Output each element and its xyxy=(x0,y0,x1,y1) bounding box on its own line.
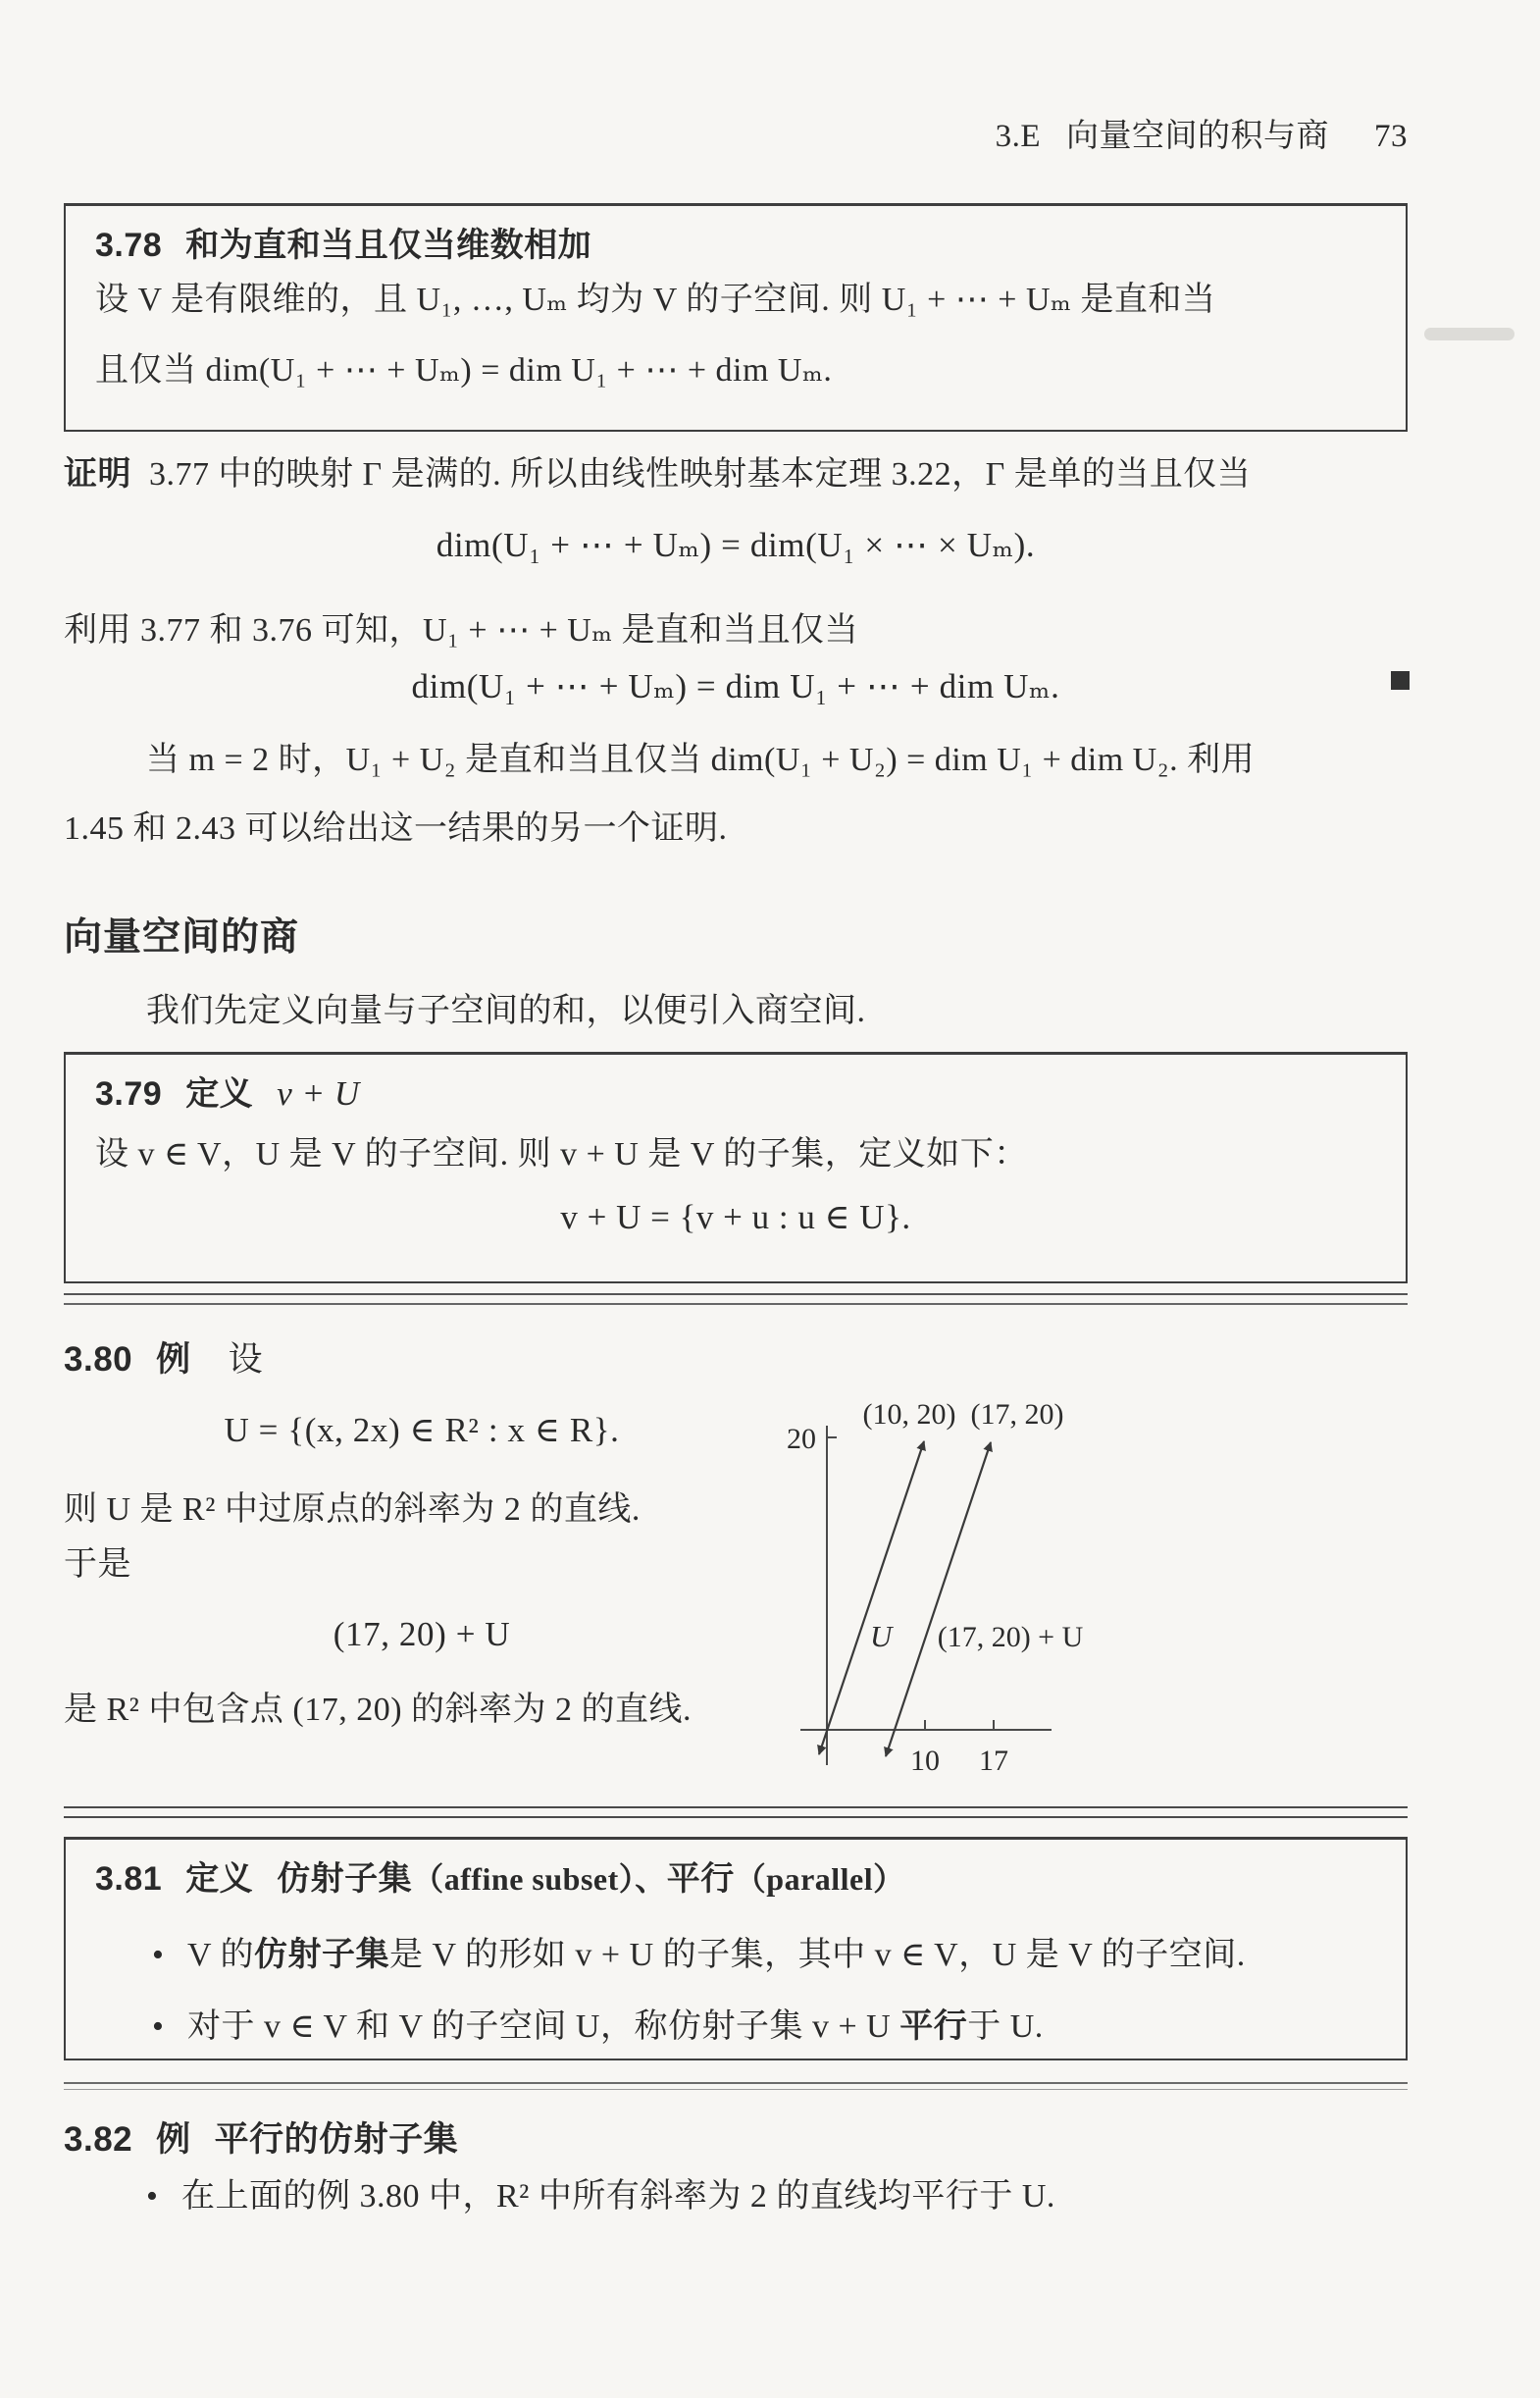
separator-rule-1 xyxy=(64,1293,1408,1305)
proof-paragraph-1: 证明3.77 中的映射 Γ 是满的. 所以由线性映射基本定理 3.22，Γ 是单… xyxy=(64,451,1408,497)
example-3-80-line-2: 于是 xyxy=(64,1542,780,1588)
proof-label: 证明 xyxy=(64,455,131,493)
proof-paragraph-2: 利用 3.77 和 3.76 可知，U₁ + ⋯ + Uₘ 是直和当且仅当 xyxy=(64,608,1408,653)
scan-smudge xyxy=(1424,328,1514,340)
point-label-17-20: (17, 20) xyxy=(971,1398,1064,1431)
x-tick-label-17: 17 xyxy=(979,1745,1008,1777)
point-label-10-20: (10, 20) xyxy=(863,1398,956,1431)
theorem-3-78-title: 3.78和为直和当且仅当维数相加 xyxy=(95,226,1376,265)
example-3-80-line-1: 则 U 是 R² 中过原点的斜率为 2 的直线. xyxy=(64,1487,780,1533)
definition-kind-label: 定义 xyxy=(185,1860,253,1898)
definition-3-81-title: 3.81定义仿射子集（affine subset）、平行（parallel） xyxy=(95,1859,1376,1899)
x-tick-label-10: 10 xyxy=(910,1745,940,1777)
running-head: 3.E向量空间的积与商73 xyxy=(64,110,1408,156)
line-label-17-20-plus-u: (17, 20) + U xyxy=(938,1621,1084,1653)
section-heading: 向量空间的商 xyxy=(64,907,1408,962)
definition-3-81-bullet-1: •V 的仿射子集是 V 的形如 v + U 的子集，其中 v ∈ V，U 是 V… xyxy=(95,1932,1376,1978)
y-tick-label-20: 20 xyxy=(787,1423,816,1455)
example-lead-text: 设 xyxy=(229,1340,264,1379)
definition-term-1: 仿射子集 xyxy=(277,1860,412,1898)
bullet-dot-icon: • xyxy=(152,2005,187,2050)
remark-line-2: 1.45 和 2.43 可以给出这一结果的另一个证明. xyxy=(64,807,1408,852)
definition-number: 3.79 xyxy=(95,1075,162,1113)
definition-kind-label: 定义 xyxy=(185,1075,253,1113)
example-3-80-line-3: 是 R² 中包含点 (17, 20) 的斜率为 2 的直线. xyxy=(64,1688,780,1733)
qed-square-icon xyxy=(1391,671,1410,690)
bullet-1-term: 仿射子集 xyxy=(254,1936,389,1973)
proof-display-equation-2: dim(U₁ + ⋯ + Uₘ) = dim U₁ + ⋯ + dim Uₘ. xyxy=(64,667,1408,706)
theorem-title-text: 和为直和当且仅当维数相加 xyxy=(185,227,591,264)
bullet-2-pre: 对于 v ∈ V 和 V 的子空间 U，称仿射子集 v + U xyxy=(187,2008,899,2045)
example-3-80-equation-2: (17, 20) + U xyxy=(64,1615,780,1654)
example-kind-label: 例 xyxy=(156,2120,191,2159)
definition-3-79-equation: v + U = {v + u : u ∈ U}. xyxy=(95,1186,1376,1249)
proof-display-equation-1: dim(U₁ + ⋯ + Uₘ) = dim(U₁ × ⋯ × Uₘ). xyxy=(64,526,1408,565)
example-3-82-bullet: •在上面的例 3.80 中，R² 中所有斜率为 2 的直线均平行于 U. xyxy=(64,2174,1490,2219)
definition-box-3-79: 3.79定义v + U 设 v ∈ V，U 是 V 的子空间. 则 v + U … xyxy=(64,1052,1408,1283)
definition-3-81-bullet-2: •对于 v ∈ V 和 V 的子空间 U，称仿射子集 v + U 平行于 U. xyxy=(95,2004,1376,2050)
running-head-section: 3.E xyxy=(996,119,1041,154)
definition-title-math: v + U xyxy=(277,1074,359,1113)
section-intro: 我们先定义向量与子空间的和，以便引入商空间. xyxy=(64,989,1490,1034)
line-17-20-plus-u xyxy=(886,1442,991,1756)
example-kind-label: 例 xyxy=(156,1340,191,1379)
definition-term-1-english: （affine subset）、 xyxy=(412,1861,667,1897)
example-3-80-equation-1: U = {(x, 2x) ∈ R² : x ∈ R}. xyxy=(64,1411,780,1450)
example-3-82-line: 在上面的例 3.80 中，R² 中所有斜率为 2 的直线均平行于 U. xyxy=(181,2178,1055,2215)
definition-3-79-line: 设 v ∈ V，U 是 V 的子空间. 则 v + U 是 V 的子集，定义如下… xyxy=(95,1123,1376,1186)
example-number: 3.82 xyxy=(64,2120,132,2159)
definition-term-2: 平行 xyxy=(667,1860,735,1898)
running-head-title: 向量空间的积与商 xyxy=(1066,119,1329,154)
line-u xyxy=(819,1441,924,1754)
page-number: 73 xyxy=(1374,119,1408,154)
remark-line-1: 当 m = 2 时，U₁ + U₂ 是直和当且仅当 dim(U₁ + U₂) =… xyxy=(64,738,1490,783)
definition-box-3-81: 3.81定义仿射子集（affine subset）、平行（parallel） •… xyxy=(64,1837,1408,2060)
theorem-box-3-78: 3.78和为直和当且仅当维数相加 设 V 是有限维的，且 U₁, …, Uₘ 均… xyxy=(64,203,1408,432)
bullet-1-post: 是 V 的形如 v + U 的子集，其中 v ∈ V，U 是 V 的子空间. xyxy=(389,1937,1246,1973)
bullet-dot-icon: • xyxy=(152,1933,187,1978)
separator-rule-3 xyxy=(64,2082,1408,2090)
definition-term-2-english: （parallel） xyxy=(735,1861,905,1897)
parallel-lines-figure: (10, 20) (17, 20) 20 10 17 U (17, 20) + … xyxy=(785,1359,1344,1791)
definition-3-79-title: 3.79定义v + U xyxy=(95,1074,1376,1114)
bullet-dot-icon: • xyxy=(146,2174,181,2219)
bullet-1-pre: V 的 xyxy=(187,1937,254,1973)
proof-line-1: 3.77 中的映射 Γ 是满的. 所以由线性映射基本定理 3.22，Γ 是单的当… xyxy=(149,456,1251,493)
example-3-82-heading: 3.82例平行的仿射子集 xyxy=(64,2112,1408,2162)
bullet-2-term: 平行 xyxy=(899,2007,967,2045)
separator-rule-2 xyxy=(64,1806,1408,1818)
definition-number: 3.81 xyxy=(95,1860,162,1898)
line-label-u: U xyxy=(870,1619,895,1653)
theorem-3-78-line-2: 且仅当 dim(U₁ + ⋯ + Uₘ) = dim U₁ + ⋯ + dim … xyxy=(95,336,1376,406)
textbook-page: 3.E向量空间的积与商73 3.78和为直和当且仅当维数相加 设 V 是有限维的… xyxy=(0,0,1540,2398)
example-number: 3.80 xyxy=(64,1340,132,1379)
example-title: 平行的仿射子集 xyxy=(215,2120,459,2159)
theorem-number: 3.78 xyxy=(95,227,162,264)
theorem-3-78-line-1: 设 V 是有限维的，且 U₁, …, Uₘ 均为 V 的子空间. 则 U₁ + … xyxy=(95,265,1376,336)
bullet-2-post: 于 U. xyxy=(967,2008,1044,2045)
